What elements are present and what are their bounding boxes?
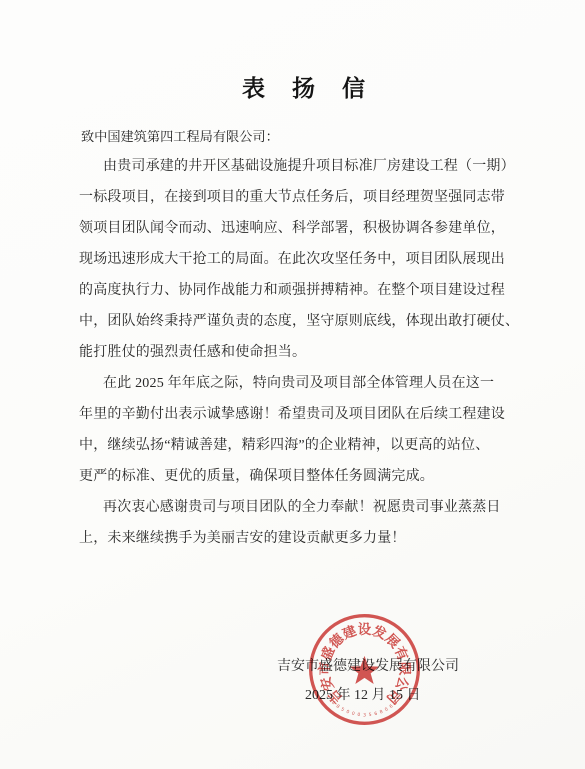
svg-text:6: 6 (388, 703, 394, 710)
paragraph: 在此 2025 年年底之际，特向贵司及项目部全体管理人员在这一年里的辛勤付出表示… (79, 368, 539, 492)
svg-text:5: 5 (368, 712, 372, 718)
paragraph: 再次衷心感谢贵司与项目团队的全力奉献！祝愿贵司事业蒸蒸日上，未来继续携手为美丽吉… (79, 492, 539, 554)
letter-title: 表 扬 信 (12, 70, 585, 103)
svg-text:5: 5 (340, 706, 346, 713)
svg-text:设: 设 (358, 621, 372, 637)
text-line: 中，继续弘扬“精诚善建，精彩四海”的企业精神，以更高的站位、 (79, 430, 539, 461)
text-line: 上，未来继续携手为美丽吉安的建设贡献更多力量！ (79, 523, 539, 554)
text-line: 现场迅速形成大干抢工的局面。在此次攻坚任务中，项目团队展现出 (79, 244, 539, 275)
text-line: 由贵司承建的井开区基础设施提升项目标准厂房建设工程（一期） (79, 151, 539, 182)
text-line: 更严的标准、更优的质量，确保项目整体任务圆满完成。 (79, 461, 539, 492)
paragraph: 由贵司承建的井开区基础设施提升项目标准厂房建设工程（一期）一标段项目，在接到项目… (79, 151, 539, 368)
text-line: 再次衷心感谢贵司与项目团队的全力奉献！祝愿贵司事业蒸蒸日 (79, 492, 539, 523)
text-line: 在此 2025 年年底之际，特向贵司及项目部全体管理人员在这一 (79, 368, 539, 399)
text-line: 一标段项目，在接到项目的重大节点任务后，项目经理贺坚强同志带 (79, 182, 539, 213)
svg-text:0: 0 (384, 706, 390, 713)
letter-page: 表 扬 信 致中国建筑第四工程局有限公司： 由贵司承建的井开区基础设施提升项目标… (0, 0, 585, 769)
text-line: 能打胜仗的强烈责任感和使命担当。 (79, 337, 539, 368)
body-paragraphs: 由贵司承建的井开区基础设施提升项目标准厂房建设工程（一期）一标段项目，在接到项目… (79, 151, 539, 554)
text-line: 领项目团队闻令而动、迅速响应、科学部署，积极协调各参建单位， (79, 213, 539, 244)
text-line: 中，团队始终秉持严谨负责的态度，坚守原则底线，体现出敢打硬仗、 (79, 306, 539, 337)
svg-text:0: 0 (351, 711, 355, 718)
signature-date: 2025 年 12 月 15 日 (305, 684, 421, 704)
svg-text:建: 建 (340, 622, 359, 642)
text-line: 的高度执行力、协同作战能力和顽强拼搏精神。在整个项目建设过程 (79, 275, 539, 306)
svg-text:0: 0 (357, 712, 361, 718)
svg-text:8: 8 (379, 709, 384, 716)
svg-text:发: 发 (370, 622, 390, 642)
svg-text:6: 6 (374, 711, 378, 718)
salutation: 致中国建筑第四工程局有限公司： (81, 121, 279, 152)
svg-text:3: 3 (363, 712, 366, 718)
svg-text:德: 德 (326, 630, 347, 651)
svg-text:0: 0 (345, 709, 350, 716)
text-line: 年里的辛勤付出表示诚挚感谢！希望贵司及项目团队在后续工程建设 (79, 399, 539, 430)
svg-text:8: 8 (335, 703, 341, 710)
svg-text:展: 展 (382, 631, 402, 652)
signature-company: 吉安市盛德建设发展有限公司 (277, 655, 459, 675)
